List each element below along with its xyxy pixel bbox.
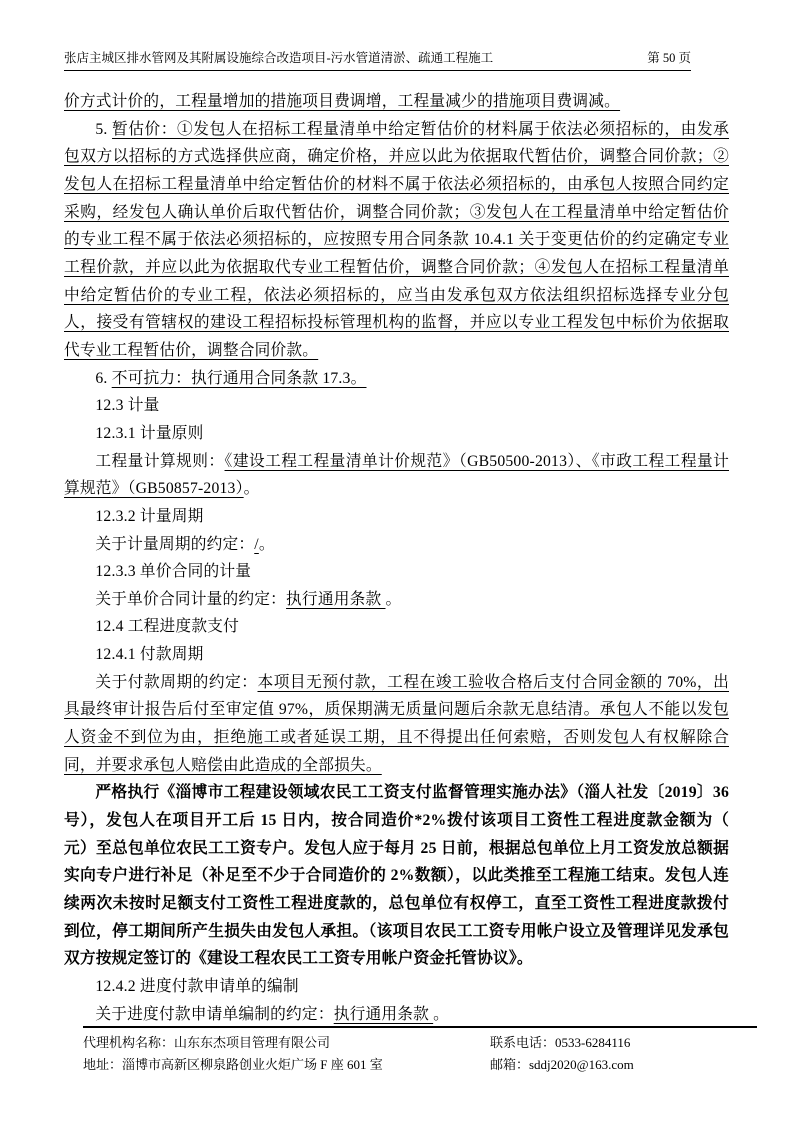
page-header: 张店主城区排水管网及其附属设施综合改造项目-污水管道清淤、疏通工程施工 第 50…: [64, 50, 691, 71]
text-run: 。: [433, 1006, 449, 1023]
text-run: 12.4.2 进度付款申请单的编制: [95, 978, 298, 995]
heading-12-3-1: 12.3.1 计量原则: [64, 420, 729, 448]
text-run: 。: [259, 536, 275, 553]
text-run: 12.3.3 单价合同的计量: [95, 563, 251, 580]
text-run: 严格执行《淄博市工程建设领域农民工工资支付监督管理实施办法》（淄人社发〔2019…: [64, 784, 729, 967]
text-run: 12.3.1 计量原则: [95, 425, 203, 442]
heading-12-4-1: 12.4.1 付款周期: [64, 641, 729, 669]
heading-12-3-2: 12.3.2 计量周期: [64, 503, 729, 531]
document-body: 价方式计价的，工程量增加的措施项目费调增，工程量减少的措施项目费调减。5. 暂估…: [64, 88, 729, 1026]
text-run: 。: [244, 480, 260, 497]
para-measurement-rules: 工程量计算规则：《建设工程工程量清单计价规范》（GB50500-2013）、《市…: [64, 448, 729, 503]
text-run: 12.4 工程进度款支付: [95, 618, 239, 635]
text-run: 12.4.1 付款周期: [95, 646, 203, 663]
underlined-text-run: 执行通用条款: [286, 591, 385, 608]
para-payment-period: 关于付款周期的约定：本项目无预付款，工程在竣工验收合格后支付合同金额的 70%，…: [64, 669, 729, 780]
footer-row-2: 地址：淄博市高新区柳泉路创业火炬广场 F 座 601 室 邮箱：sddj2020…: [83, 1054, 757, 1076]
underlined-text-run: 不可抗力：执行通用合同条款 17.3。: [112, 370, 367, 387]
underlined-text-run: 执行通用条款: [334, 1006, 433, 1023]
text-run: 5.: [95, 121, 112, 138]
header-page-number: 第 50 页: [635, 50, 691, 66]
clause-6-force-majeure: 6. 不可抗力：执行通用合同条款 17.3。: [64, 365, 729, 393]
heading-12-4-2: 12.4.2 进度付款申请单的编制: [64, 973, 729, 1001]
para-progress-payment-application: 关于进度付款申请单编制的约定：执行通用条款 。: [64, 1001, 729, 1026]
para-unit-price-measurement: 关于单价合同计量的约定：执行通用条款 。: [64, 586, 729, 614]
text-run: 。: [386, 591, 402, 608]
para-pricing-continuation: 价方式计价的，工程量增加的措施项目费调增，工程量减少的措施项目费调减。: [64, 88, 729, 116]
text-run: 关于进度付款申请单编制的约定：: [95, 1006, 333, 1023]
header-project-title: 张店主城区排水管网及其附属设施综合改造项目-污水管道清淤、疏通工程施工: [64, 50, 493, 66]
para-migrant-worker-wages: 严格执行《淄博市工程建设领域农民工工资支付监督管理实施办法》（淄人社发〔2019…: [64, 779, 729, 973]
text-run: 12.3 计量: [95, 397, 159, 414]
document-page: 张店主城区排水管网及其附属设施综合改造项目-污水管道清淤、疏通工程施工 第 50…: [0, 0, 793, 1122]
text-run: 关于付款周期的约定：: [95, 674, 257, 691]
footer-agency-name: 代理机构名称：山东东杰项目管理有限公司: [83, 1032, 490, 1054]
footer-row-1: 代理机构名称：山东东杰项目管理有限公司 联系电话：0533-6284116: [83, 1032, 757, 1054]
text-run: 关于单价合同计量的约定：: [95, 591, 286, 608]
clause-5-provisional-price: 5. 暂估价：①发包人在招标工程量清单中给定暂估价的材料属于依法必须招标的，由发…: [64, 116, 729, 365]
heading-12-3-3: 12.3.3 单价合同的计量: [64, 558, 729, 586]
text-run: 工程量计算规则：: [95, 453, 224, 470]
footer-phone: 联系电话：0533-6284116: [490, 1032, 757, 1054]
underlined-text-run: 价方式计价的，工程量增加的措施项目费调增，工程量减少的措施项目费调减。: [64, 93, 620, 110]
text-run: 12.3.2 计量周期: [95, 508, 203, 525]
para-measurement-period: 关于计量周期的约定：/。: [64, 531, 729, 559]
heading-12-4: 12.4 工程进度款支付: [64, 613, 729, 641]
text-run: 关于计量周期的约定：: [95, 536, 254, 553]
footer-email: 邮箱：sddj2020@163.com: [490, 1054, 757, 1076]
heading-12-3: 12.3 计量: [64, 392, 729, 420]
footer-address: 地址：淄博市高新区柳泉路创业火炬广场 F 座 601 室: [83, 1054, 490, 1076]
page-footer: 代理机构名称：山东东杰项目管理有限公司 联系电话：0533-6284116 地址…: [83, 1026, 757, 1075]
underlined-text-run: 暂估价：①发包人在招标工程量清单中给定暂估价的材料属于依法必须招标的，由发承包双…: [64, 121, 729, 359]
text-run: 6.: [95, 370, 111, 387]
